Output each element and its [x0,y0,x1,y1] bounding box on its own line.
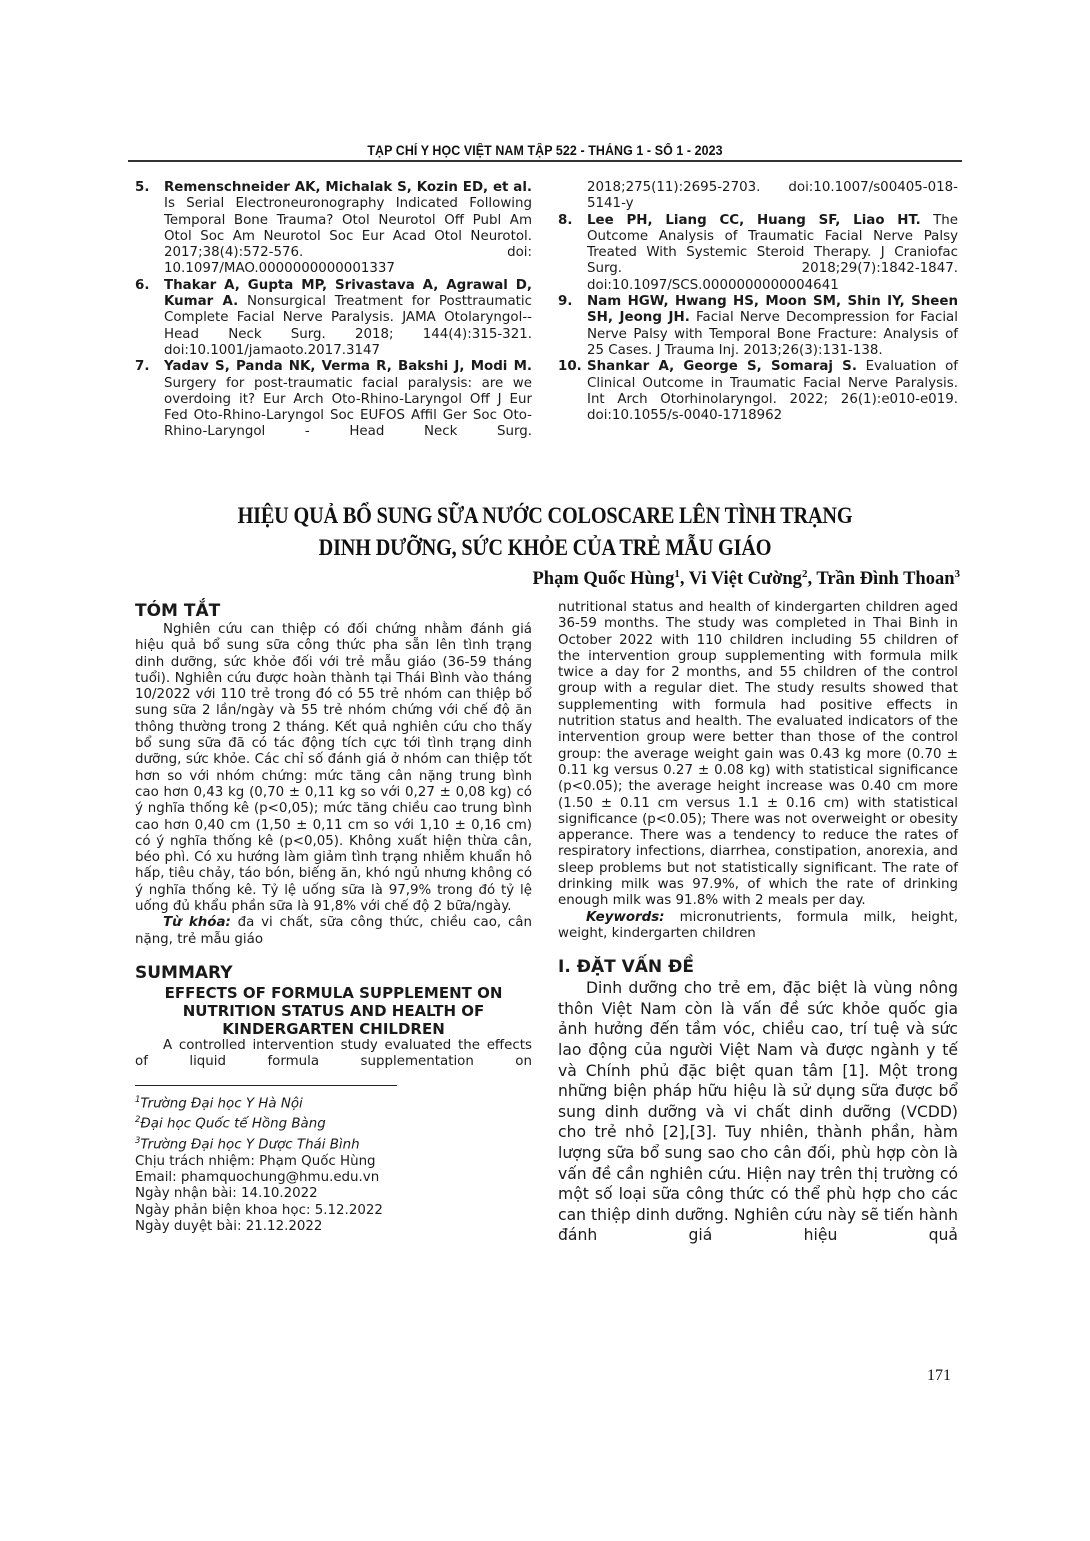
abstract-heading: TÓM TẮT [135,600,532,622]
author-name: Phạm Quốc Hùng [532,569,674,589]
abstract-left-column: TÓM TẮT Nghiên cứu can thiệp có đối chứn… [135,600,532,1235]
contact-email[interactable]: Email: phamquochung@hmu.edu.vn [135,1170,532,1186]
article-title-line-1: HIỆU QUẢ BỔ SUNG SỮA NƯỚC COLOSCARE LÊN … [180,500,910,532]
reference-text: Is Serial Electroneuronography Indicated… [164,196,532,276]
date-approved: Ngày duyệt bài: 21.12.2022 [135,1219,532,1235]
reference-authors: Remenschneider AK, Michalak S, Kozin ED,… [164,180,532,195]
keywords-label: Keywords: [586,910,665,925]
header-rule [128,160,962,162]
reference-number: 10. [558,359,582,375]
article-title-line-2: DINH DƯỠNG, SỨC KHỎE CỦA TRẺ MẪU GIÁO [180,532,910,564]
summary-body-continued: nutritional status and health of kinderg… [558,600,958,910]
reference-authors: Shankar A, George S, Somaraj S. [587,359,857,374]
reference-text: Surgery for post-traumatic facial paraly… [164,376,532,440]
responsible-author: Chịu trách nhiệm: Phạm Quốc Hùng [135,1154,532,1170]
summary-body-start: A controlled intervention study evaluate… [135,1038,532,1071]
footnote-rule [135,1085,397,1086]
reference-text: 2018;275(11):2695-2703. doi:10.1007/s004… [587,180,958,211]
author-affiliation-mark: 1 [674,568,680,580]
author-affiliation-mark: 2 [802,568,808,580]
reference-item: 5.Remenschneider AK, Michalak S, Kozin E… [135,180,532,278]
author-name: Vi Việt Cường [689,569,802,589]
reference-item: 9.Nam HGW, Hwang HS, Moon SM, Shin IY, S… [558,294,958,359]
reference-number: 8. [558,213,572,229]
introduction-body: Dinh dưỡng cho trẻ em, đặc biệt là vùng … [558,978,958,1246]
summary-right-column: nutritional status and health of kinderg… [558,600,958,1246]
author-name: Trần Đình Thoan [816,569,954,589]
affiliation-1: 1Trường Đại học Y Hà Nội [135,1092,532,1113]
date-received: Ngày nhận bài: 14.10.2022 [135,1186,532,1202]
abstract-body: Nghiên cứu can thiệp có đối chứng nhằm đ… [135,622,532,915]
introduction-heading: I. ĐẶT VẤN ĐỀ [558,956,958,978]
references-left-column: 5.Remenschneider AK, Michalak S, Kozin E… [135,180,532,441]
affiliation-3: 3Trường Đại học Y Dược Thái Bình [135,1133,532,1154]
reference-item: 8.Lee PH, Liang CC, Huang SF, Liao HT. T… [558,213,958,294]
reference-authors: Lee PH, Liang CC, Huang SF, Liao HT. [587,213,921,228]
reference-item: 7.Yadav S, Panda NK, Verma R, Bakshi J, … [135,359,532,440]
reference-number: 5. [135,180,149,196]
article-title: HIỆU QUẢ BỔ SUNG SỮA NƯỚC COLOSCARE LÊN … [180,500,910,564]
reference-number: 7. [135,359,149,375]
reference-authors: Yadav S, Panda NK, Verma R, Bakshi J, Mo… [164,359,532,374]
reference-item: 10.Shankar A, George S, Somaraj S. Evalu… [558,359,958,424]
date-reviewed: Ngày phản biện khoa học: 5.12.2022 [135,1203,532,1219]
reference-number: 9. [558,294,572,310]
abstract-keywords: Từ khóa: đa vi chất, sữa công thức, chiề… [135,915,532,948]
article-authors: Phạm Quốc Hùng1, Vi Việt Cường2, Trần Đì… [532,568,960,590]
keywords-label: Từ khóa: [163,915,231,930]
journal-page: TẠP CHÍ Y HỌC VIỆT NAM TẬP 522 - THÁNG 1… [0,0,1090,1541]
summary-keywords: Keywords: micronutrients, formula milk, … [558,910,958,943]
summary-heading: SUMMARY [135,962,532,984]
reference-continuation: 2018;275(11):2695-2703. doi:10.1007/s004… [558,180,958,213]
references-right-column: 2018;275(11):2695-2703. doi:10.1007/s004… [558,180,958,424]
running-header: TẠP CHÍ Y HỌC VIỆT NAM TẬP 522 - THÁNG 1… [163,143,927,158]
affiliation-2: 2Đại học Quốc tế Hồng Bàng [135,1112,532,1133]
summary-title: EFFECTS OF FORMULA SUPPLEMENT ON NUTRITI… [135,984,532,1038]
page-number: 171 [927,1367,951,1385]
reference-item: 6.Thakar A, Gupta MP, Srivastava A, Agra… [135,278,532,359]
author-affiliation-mark: 3 [955,568,961,580]
reference-number: 6. [135,278,149,294]
